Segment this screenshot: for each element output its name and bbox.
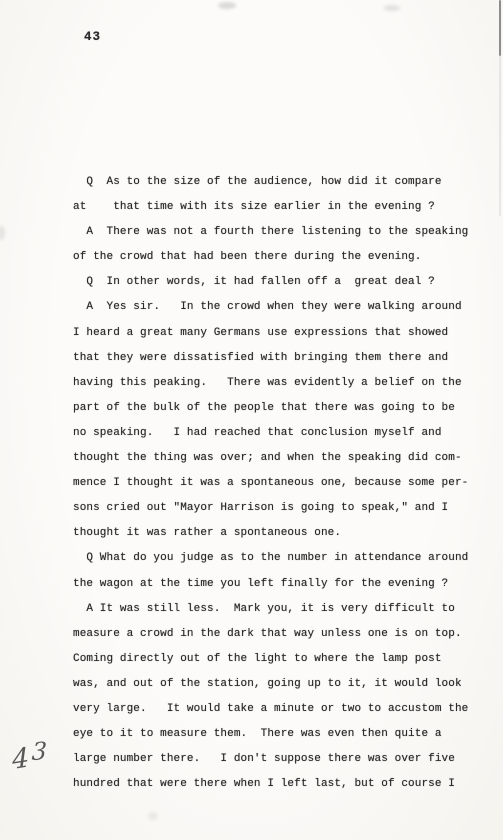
transcript-line: Coming directly out of the light to wher… (73, 647, 493, 672)
handwritten-digit-3: 3 (31, 737, 50, 766)
transcript-line: Q In other words, it had fallen off a gr… (73, 270, 493, 295)
transcript-line: part of the bulk of the people that ther… (73, 396, 493, 421)
transcript-line: Q As to the size of the audience, how di… (73, 170, 493, 195)
transcript-line: large number there. I don't suppose ther… (73, 747, 493, 772)
transcript-line: A Yes sir. In the crowd when they were w… (73, 295, 493, 320)
handwritten-digit-4: 4 (11, 742, 33, 776)
paper-smudge (148, 812, 158, 820)
transcript-line: thought it was rather a spontaneous one. (73, 521, 493, 546)
transcript-line: sons cried out "Mayor Harrison is going … (73, 496, 493, 521)
transcript-line: Q What do you judge as to the number in … (73, 546, 493, 571)
transcript-line: I heard a great many Germans use express… (73, 321, 493, 346)
paper-smudge (384, 5, 400, 11)
transcript-line: at that time with its size earlier in th… (73, 195, 493, 220)
typed-page-number: 43 (84, 30, 101, 44)
transcript-line: that they were dissatisfied with bringin… (73, 346, 493, 371)
transcript-line: mence I thought it was a spontaneous one… (73, 471, 493, 496)
transcript-line: was, and out of the station, going up to… (73, 672, 493, 697)
paper-smudge (0, 226, 5, 240)
transcript-line: eye to it to measure them. There was eve… (73, 722, 493, 747)
transcript-line: of the crowd that had been there during … (73, 245, 493, 270)
transcript-text: Q As to the size of the audience, how di… (73, 170, 493, 797)
transcript-line: no speaking. I had reached that conclusi… (73, 421, 493, 446)
transcript-line: A There was not a fourth there listening… (73, 220, 493, 245)
transcript-line: hundred that were there when I left last… (73, 772, 493, 797)
document-page: 43 Q As to the size of the audience, how… (0, 0, 503, 840)
page-edge-shadow (499, 56, 501, 216)
transcript-line: thought the thing was over; and when the… (73, 446, 493, 471)
handwritten-page-number: 43 (11, 739, 51, 776)
transcript-line: A It was still less. Mark you, it is ver… (73, 597, 493, 622)
transcript-line: very large. It would take a minute or tw… (73, 697, 493, 722)
page-edge-artifact (499, 0, 501, 56)
transcript-line: having this peaking. There was evidently… (73, 371, 493, 396)
transcript-line: the wagon at the time you left finally f… (73, 572, 493, 597)
paper-smudge (218, 2, 236, 9)
transcript-line: measure a crowd in the dark that way unl… (73, 622, 493, 647)
